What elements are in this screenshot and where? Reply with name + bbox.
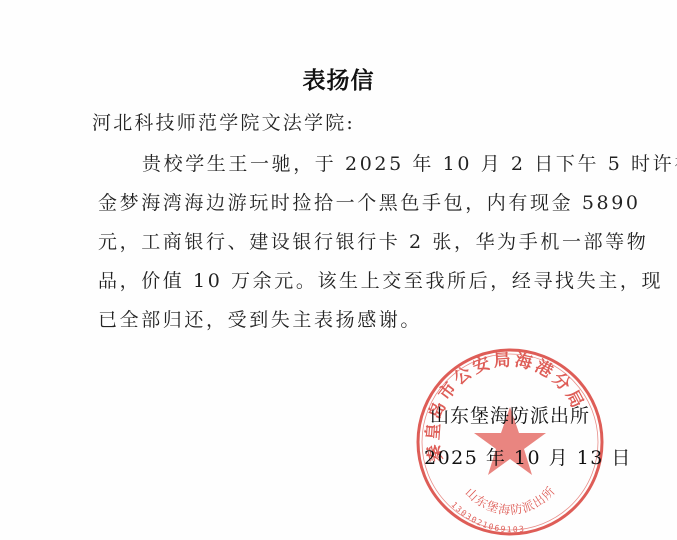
body-line: 贵校学生王一驰，于 2025 年 10 月 2 日下午 5 时许在 — [142, 149, 677, 176]
seal-inner-text: 山东堡海防派出所 — [463, 484, 559, 518]
body-line: 金梦海湾海边游玩时捡拾一个黑色手包，内有现金 5890 — [98, 188, 641, 215]
signature-date: 2025 年 10 月 13 日 — [424, 443, 632, 470]
document-title: 表扬信 — [0, 62, 677, 95]
signature-issuer: 山东堡海防派出所 — [430, 401, 590, 428]
official-seal: 秦皇岛市公安局海港分局 山东堡海防派出所 1303021069103 — [413, 345, 607, 539]
body-line: 已全部归还，受到失主表扬感谢。 — [98, 305, 422, 332]
letter-page: 表扬信 河北科技师范学院文法学院: 贵校学生王一驰，于 2025 年 10 月 … — [0, 0, 677, 540]
svg-text:山东堡海防派出所: 山东堡海防派出所 — [463, 484, 559, 518]
body-line: 元，工商银行、建设银行银行卡 2 张，华为手机一部等物 — [98, 227, 648, 254]
salutation: 河北科技师范学院文法学院: — [92, 108, 355, 135]
body-line: 品，价值 10 万余元。该生上交至我所后，经寻找失主，现 — [98, 266, 663, 293]
